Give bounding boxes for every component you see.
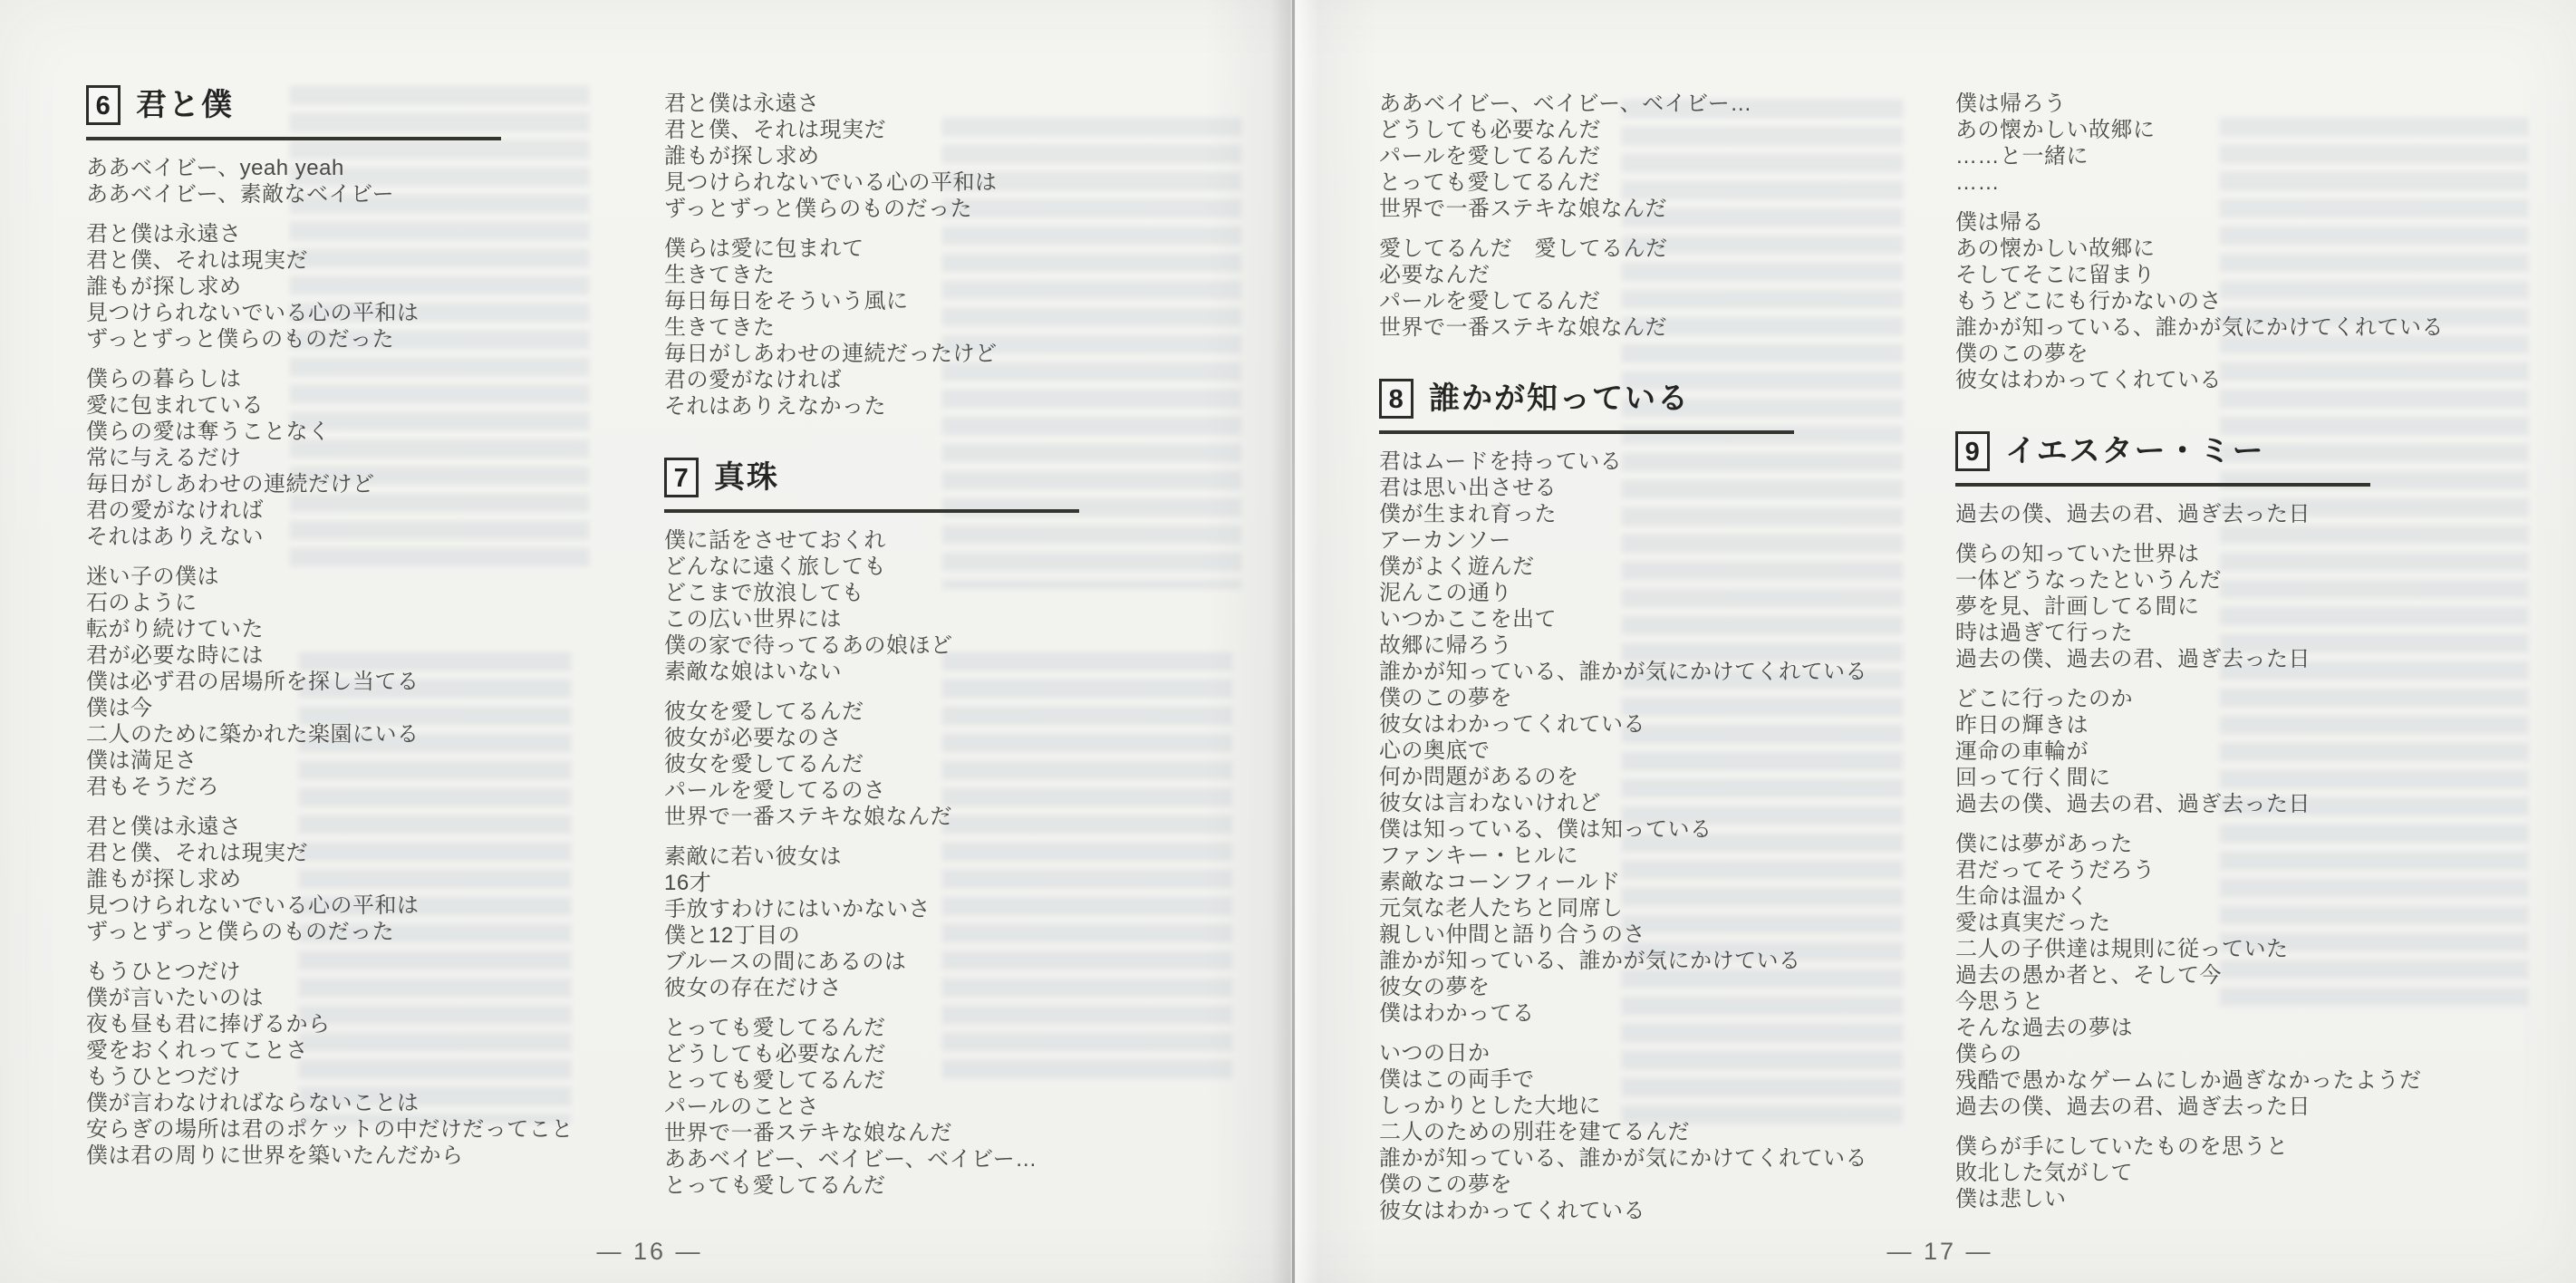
verse: 君はムードを持っている君は思い出させる僕が生まれ育ったアーカンソー僕がよく遊んだ… xyxy=(1379,449,1977,1027)
lyric-line: 今思うと xyxy=(1955,989,2553,1015)
lyric-line: 誰かが知っている、誰かが気にかけてくれている xyxy=(1379,1145,1977,1172)
lyric-line: 素敵な娘はいない xyxy=(664,659,1262,685)
lyric-line: 過去の僕、過去の君、過ぎ去った日 xyxy=(1955,646,2553,672)
lyric-line: 彼女はわかってくれている xyxy=(1379,1198,1977,1224)
lyric-line: 世界で一番ステキな娘なんだ xyxy=(664,1120,1262,1146)
lyric-line: あの懐かしい故郷に xyxy=(1955,236,2553,262)
lyric-line: ずっとずっと僕らのものだった xyxy=(86,919,630,945)
song-header-row: 9イエスター・ミー xyxy=(1955,429,2553,473)
lyric-line: 僕は帰る xyxy=(1955,209,2553,236)
track-number-badge: 7 xyxy=(664,458,699,497)
lyric-line: 見つけられないでいる心の平和は xyxy=(86,892,630,919)
lyric-line: 昨日の輝きは xyxy=(1955,712,2553,738)
track-number-badge: 9 xyxy=(1955,431,1990,471)
lyric-line: 僕が言いたいのは xyxy=(86,985,630,1011)
lyric-line: 毎日毎日をそういう風に xyxy=(664,288,1262,314)
lyric-line: もうひとつだけ xyxy=(86,959,630,985)
lyric-line: 敗北した気がして xyxy=(1955,1160,2553,1186)
lyric-line: 毎日がしあわせの連続だけど xyxy=(86,471,630,497)
lyric-line: この広い世界には xyxy=(664,606,1262,632)
lyric-line: どんなに遠く旅しても xyxy=(664,554,1262,580)
song-header: 7真珠 xyxy=(664,456,1262,513)
lyrics-column-3: ああベイビー、ベイビー、ベイビー…どうしても必要なんだパールを愛してるんだとって… xyxy=(1379,91,1977,1238)
verse: 僕らの暮らしは愛に包まれている僕らの愛は奪うことなく常に与えるだけ毎日がしあわせ… xyxy=(86,366,630,550)
lyric-line: 夢を見、計画してる間に xyxy=(1955,593,2553,620)
lyric-line: 僕がよく遊んだ xyxy=(1379,554,1977,580)
song-title: 誰かが知っている xyxy=(1429,386,1690,412)
lyric-line: 世界で一番ステキな娘なんだ xyxy=(1379,314,1977,341)
lyric-line: 手放すわけにはいかないさ xyxy=(664,896,1262,922)
song-header-row: 7真珠 xyxy=(664,456,1262,499)
lyric-line: とっても愛してるんだ xyxy=(664,1067,1262,1094)
lyric-line: 毎日がしあわせの連続だったけど xyxy=(664,341,1262,367)
lyric-line: ……と一緒に xyxy=(1955,143,2553,169)
lyric-line: 二人のための別荘を建てるんだ xyxy=(1379,1119,1977,1145)
verse: ああベイビー、ベイビー、ベイビー…どうしても必要なんだパールを愛してるんだとって… xyxy=(1379,91,1977,222)
lyric-line: 心の奥底で xyxy=(1379,738,1977,764)
lyric-line: パールのことさ xyxy=(664,1094,1262,1120)
lyric-line: 僕は君の周りに世界を築いたんだから xyxy=(86,1143,630,1169)
verse: 君と僕は永遠さ君と僕、それは現実だ誰もが探し求め見つけられないでいる心の平和はず… xyxy=(86,221,630,352)
song-header: 8誰かが知っている xyxy=(1379,377,1977,434)
lyric-line: 彼女の存在だけさ xyxy=(664,975,1262,1001)
header-rule xyxy=(1955,483,2370,487)
song-header-row: 6君と僕 xyxy=(86,83,630,127)
verse: とっても愛してるんだどうしても必要なんだとっても愛してるんだパールのことさ世界で… xyxy=(664,1015,1262,1199)
song-title: イエスター・ミー xyxy=(2005,439,2265,465)
lyric-line: いつの日か xyxy=(1379,1040,1977,1066)
lyric-line: それはありえなかった xyxy=(664,393,1262,420)
lyric-line: 世界で一番ステキな娘なんだ xyxy=(1379,196,1977,222)
lyric-line: 僕は必ず君の居場所を探し当てる xyxy=(86,669,630,695)
lyric-line: ああベイビー、ベイビー、ベイビー… xyxy=(664,1146,1262,1172)
lyric-line: 君は思い出させる xyxy=(1379,475,1977,501)
lyric-line: ブルースの間にあるのは xyxy=(664,949,1262,975)
verse: ああベイビー、yeah yeahああベイビー、素敵なベイビー xyxy=(86,155,630,207)
lyric-line: 愛をおくれってことさ xyxy=(86,1037,630,1064)
lyric-line: 僕のこの夢を xyxy=(1379,685,1977,711)
lyric-line: 君はムードを持っている xyxy=(1379,449,1977,475)
lyric-line: 君と僕は永遠さ xyxy=(664,91,1262,117)
lyric-line: 迷い子の僕は xyxy=(86,564,630,590)
lyric-line: 僕の家で待ってるあの娘ほど xyxy=(664,632,1262,659)
verse: 僕らの知っていた世界は一体どうなったというんだ夢を見、計画してる間に時は過ぎて行… xyxy=(1955,541,2553,672)
lyric-line: 時は過ぎて行った xyxy=(1955,620,2553,646)
lyric-line: 僕はわかってる xyxy=(1379,1000,1977,1027)
lyric-line: 常に与えるだけ xyxy=(86,445,630,471)
lyric-line: それはありえない xyxy=(86,524,630,550)
lyric-line: 夜も昼も君に捧げるから xyxy=(86,1011,630,1037)
lyric-line: 僕のこの夢を xyxy=(1955,341,2553,367)
lyric-line: 素敵に若い彼女は xyxy=(664,844,1262,870)
verse: 君と僕は永遠さ君と僕、それは現実だ誰もが探し求め見つけられないでいる心の平和はず… xyxy=(664,91,1262,222)
lyric-line: 君と僕、それは現実だ xyxy=(86,840,630,866)
lyric-line: いつかここを出て xyxy=(1379,606,1977,632)
lyric-line: 見つけられないでいる心の平和は xyxy=(664,169,1262,196)
lyric-line: パールを愛してるんだ xyxy=(1379,288,1977,314)
lyric-line: 親しい仲間と語り合うのさ xyxy=(1379,921,1977,948)
lyric-line: 僕は知っている、僕は知っている xyxy=(1379,816,1977,843)
lyric-line: 僕には夢があった xyxy=(1955,831,2553,857)
lyric-line: 僕は帰ろう xyxy=(1955,91,2553,117)
lyric-line: 誰もが探し求め xyxy=(86,866,630,892)
lyric-line: 僕らの xyxy=(1955,1041,2553,1067)
lyric-line: とっても愛してるんだ xyxy=(664,1172,1262,1199)
lyric-line: 過去の僕、過去の君、過ぎ去った日 xyxy=(1955,791,2553,817)
verse: もうひとつだけ僕が言いたいのは夜も昼も君に捧げるから愛をおくれってことさもうひと… xyxy=(86,959,630,1169)
lyric-line: そんな過去の夢は xyxy=(1955,1015,2553,1041)
lyric-line: 君と僕は永遠さ xyxy=(86,814,630,840)
lyric-line: …… xyxy=(1955,169,2553,196)
lyric-line: どこまで放浪しても xyxy=(664,580,1262,606)
verse: 素敵に若い彼女は16才手放すわけにはいかないさ僕と12丁目のブルースの間にあるの… xyxy=(664,844,1262,1001)
lyric-line: 元気な老人たちと同席し xyxy=(1379,895,1977,921)
booklet-spread-scan: 6君と僕ああベイビー、yeah yeahああベイビー、素敵なベイビー君と僕は永遠… xyxy=(0,0,2576,1283)
lyric-line: 必要なんだ xyxy=(1379,262,1977,288)
lyric-line: 僕は満足さ xyxy=(86,748,630,774)
lyric-line: 君と僕、それは現実だ xyxy=(664,117,1262,143)
lyric-line: ああベイビー、yeah yeah xyxy=(86,155,630,181)
lyric-line: 僕と12丁目の xyxy=(664,922,1262,949)
lyric-line: 過去の僕、過去の君、過ぎ去った日 xyxy=(1955,501,2553,527)
header-rule xyxy=(86,137,501,140)
lyric-line: 誰かが知っている、誰かが気にかけてくれている xyxy=(1955,314,2553,341)
lyric-line: 僕が生まれ育った xyxy=(1379,501,1977,527)
lyric-line: 運命の車輪が xyxy=(1955,738,2553,765)
lyric-line: 僕は今 xyxy=(86,695,630,721)
lyric-line: 彼女を愛してるんだ xyxy=(664,699,1262,725)
lyric-line: 僕はこの両手で xyxy=(1379,1066,1977,1093)
lyric-line: しっかりとした大地に xyxy=(1379,1093,1977,1119)
lyric-line: 彼女が必要なのさ xyxy=(664,725,1262,751)
lyric-line: 愛は真実だった xyxy=(1955,910,2553,936)
lyric-line: ずっとずっと僕らのものだった xyxy=(86,326,630,352)
lyric-line: 誰もが探し求め xyxy=(86,274,630,300)
lyric-line: 彼女を愛してるんだ xyxy=(664,751,1262,777)
lyric-line: 故郷に帰ろう xyxy=(1379,632,1977,659)
verse: 僕には夢があった君だってそうだろう生命は温かく愛は真実だった二人の子供達は規則に… xyxy=(1955,831,2553,1120)
lyric-line: ずっとずっと僕らのものだった xyxy=(664,196,1262,222)
lyric-line: 素敵なコーンフィールド xyxy=(1379,869,1977,895)
verse: 僕に話をさせておくれどんなに遠く旅してもどこまで放浪してもこの広い世界には僕の家… xyxy=(664,527,1262,685)
verse: 僕らは愛に包まれて生きてきた毎日毎日をそういう風に生きてきた毎日がしあわせの連続… xyxy=(664,236,1262,420)
verse: どこに行ったのか昨日の輝きは運命の車輪が回って行く間に過去の僕、過去の君、過ぎ去… xyxy=(1955,686,2553,817)
verse: 僕は帰るあの懐かしい故郷にそしてそこに留まりもうどこにも行かないのさ誰かが知って… xyxy=(1955,209,2553,393)
lyric-line: 生命は温かく xyxy=(1955,883,2553,910)
lyric-line: 僕は悲しい xyxy=(1955,1186,2553,1212)
lyric-line: 僕らが手にしていたものを思うと xyxy=(1955,1133,2553,1160)
lyric-line: 彼女は言わないけれど xyxy=(1379,790,1977,816)
lyric-line: どうしても必要なんだ xyxy=(664,1041,1262,1067)
lyric-line: 回って行く間に xyxy=(1955,765,2553,791)
lyric-line: 彼女はわかってくれている xyxy=(1955,367,2553,393)
lyric-line: 誰かが知っている、誰かが気にかけている xyxy=(1379,948,1977,974)
lyric-line: 彼女の夢を xyxy=(1379,974,1977,1000)
lyric-line: 君と僕、それは現実だ xyxy=(86,247,630,274)
lyric-line: どうしても必要なんだ xyxy=(1379,117,1977,143)
lyric-line: パールを愛してるのさ xyxy=(664,777,1262,804)
lyric-line: とっても愛してるんだ xyxy=(1379,169,1977,196)
lyric-line: もうひとつだけ xyxy=(86,1064,630,1090)
lyric-line: 残酷で愚かなゲームにしか過ぎなかったようだ xyxy=(1955,1067,2553,1094)
lyric-line: 彼女はわかってくれている xyxy=(1379,711,1977,738)
lyric-line: 二人の子供達は規則に従っていた xyxy=(1955,936,2553,962)
verse: 愛してるんだ 愛してるんだ必要なんだパールを愛してるんだ世界で一番ステキな娘なん… xyxy=(1379,236,1977,341)
lyric-line: ファンキー・ヒルに xyxy=(1379,843,1977,869)
lyric-line: 16才 xyxy=(664,870,1262,896)
verse: 君と僕は永遠さ君と僕、それは現実だ誰もが探し求め見つけられないでいる心の平和はず… xyxy=(86,814,630,945)
song-title: 真珠 xyxy=(714,465,779,491)
track-number-badge: 6 xyxy=(86,85,121,125)
lyric-line: ああベイビー、素敵なベイビー xyxy=(86,181,630,207)
lyric-line: 安らぎの場所は君のポケットの中だけだってこと xyxy=(86,1116,630,1143)
lyric-line: 僕らは愛に包まれて xyxy=(664,236,1262,262)
lyric-line: 君が必要な時には xyxy=(86,642,630,669)
verse: いつの日か僕はこの両手でしっかりとした大地に二人のための別荘を建てるんだ誰かが知… xyxy=(1379,1040,1977,1224)
lyric-line: 愛に包まれている xyxy=(86,392,630,419)
lyric-line: アーカンソー xyxy=(1379,527,1977,554)
lyric-line: 君と僕は永遠さ xyxy=(86,221,630,247)
lyric-line: 僕らの愛は奪うことなく xyxy=(86,419,630,445)
lyric-line: 見つけられないでいる心の平和は xyxy=(86,300,630,326)
page-number-left: — 16 — xyxy=(573,1238,727,1266)
lyric-line: 僕に話をさせておくれ xyxy=(664,527,1262,554)
lyric-line: 過去の僕、過去の君、過ぎ去った日 xyxy=(1955,1094,2553,1120)
verse: 迷い子の僕は石のように転がり続けていた君が必要な時には僕は必ず君の居場所を探し当… xyxy=(86,564,630,800)
lyric-line: 誰かが知っている、誰かが気にかけてくれている xyxy=(1379,659,1977,685)
lyrics-column-4: 僕は帰ろうあの懐かしい故郷に……と一緒に……僕は帰るあの懐かしい故郷にそしてそこ… xyxy=(1955,91,2553,1226)
lyric-line: もうどこにも行かないのさ xyxy=(1955,288,2553,314)
lyric-line: 石のように xyxy=(86,590,630,616)
lyric-line: 君もそうだろ xyxy=(86,774,630,800)
track-number-badge: 8 xyxy=(1379,379,1413,419)
lyric-line: 二人のために築かれた楽園にいる xyxy=(86,721,630,748)
lyrics-column-1: 6君と僕ああベイビー、yeah yeahああベイビー、素敵なベイビー君と僕は永遠… xyxy=(86,83,630,1182)
header-rule xyxy=(1379,430,1794,434)
lyric-line: 世界で一番ステキな娘なんだ xyxy=(664,804,1262,830)
page-fold-crease xyxy=(1292,0,1295,1283)
header-rule xyxy=(664,509,1079,513)
lyric-line: 一体どうなったというんだ xyxy=(1955,567,2553,593)
lyric-line: 僕らの暮らしは xyxy=(86,366,630,392)
song-header-row: 8誰かが知っている xyxy=(1379,377,1977,420)
song-header: 6君と僕 xyxy=(86,83,630,140)
lyric-line: 過去の愚か者と、そして今 xyxy=(1955,962,2553,989)
song-title: 君と僕 xyxy=(136,92,234,119)
lyric-line: あの懐かしい故郷に xyxy=(1955,117,2553,143)
verse: 過去の僕、過去の君、過ぎ去った日 xyxy=(1955,501,2553,527)
lyric-line: とっても愛してるんだ xyxy=(664,1015,1262,1041)
verse: 僕らが手にしていたものを思うと敗北した気がして僕は悲しい xyxy=(1955,1133,2553,1212)
lyric-line: パールを愛してるんだ xyxy=(1379,143,1977,169)
song-header: 9イエスター・ミー xyxy=(1955,429,2553,487)
lyric-line: 僕のこの夢を xyxy=(1379,1172,1977,1198)
lyric-line: 生きてきた xyxy=(664,314,1262,341)
lyric-line: 僕らの知っていた世界は xyxy=(1955,541,2553,567)
lyric-line: 君の愛がなければ xyxy=(86,497,630,524)
lyric-line: 泥んこの通り xyxy=(1379,580,1977,606)
lyric-line: 君の愛がなければ xyxy=(664,367,1262,393)
verse: 僕は帰ろうあの懐かしい故郷に……と一緒に…… xyxy=(1955,91,2553,196)
lyric-line: 何か問題があるのを xyxy=(1379,764,1977,790)
lyric-line: 転がり続けていた xyxy=(86,616,630,642)
lyric-line: 君だってそうだろう xyxy=(1955,857,2553,883)
lyric-line: どこに行ったのか xyxy=(1955,686,2553,712)
lyric-line: 誰もが探し求め xyxy=(664,143,1262,169)
lyric-line: ああベイビー、ベイビー、ベイビー… xyxy=(1379,91,1977,117)
lyric-line: 愛してるんだ 愛してるんだ xyxy=(1379,236,1977,262)
page-number-right: — 17 — xyxy=(1863,1238,2017,1266)
lyric-line: 生きてきた xyxy=(664,262,1262,288)
lyric-line: 僕が言わなければならないことは xyxy=(86,1090,630,1116)
lyric-line: そしてそこに留まり xyxy=(1955,262,2553,288)
verse: 彼女を愛してるんだ彼女が必要なのさ彼女を愛してるんだパールを愛してるのさ世界で一… xyxy=(664,699,1262,830)
lyrics-column-2: 君と僕は永遠さ君と僕、それは現実だ誰もが探し求め見つけられないでいる心の平和はず… xyxy=(664,91,1262,1212)
